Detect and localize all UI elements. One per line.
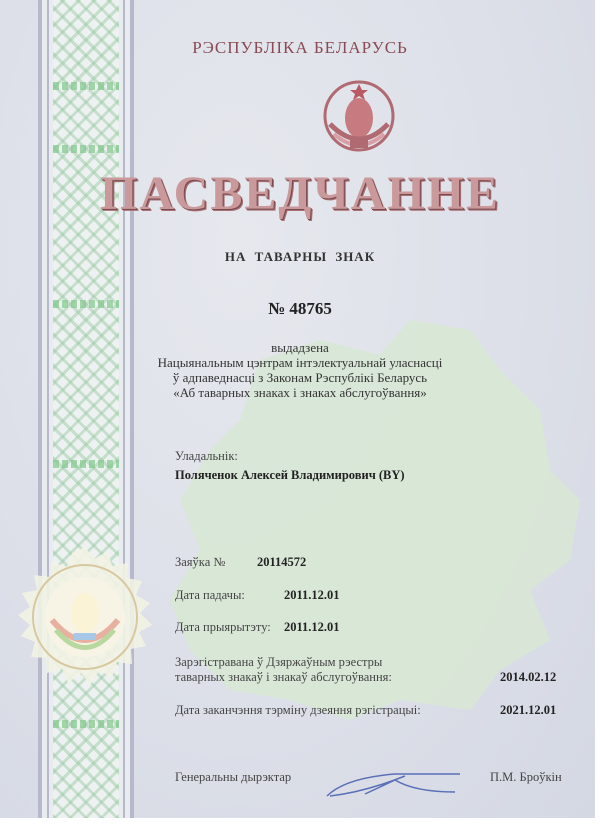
certificate-title: ПАСВЕДЧАННЕ bbox=[0, 166, 595, 221]
priority-date-label: Дата прыярытэту: bbox=[175, 620, 271, 635]
certificate-subtitle: НА ТАВАРНЫ ЗНАК bbox=[0, 249, 595, 265]
signature-icon bbox=[325, 770, 465, 800]
filing-date-value: 2011.12.01 bbox=[284, 588, 340, 603]
certificate-number: № 48765 bbox=[0, 299, 595, 319]
signatory-position: Генеральны дырэктар bbox=[175, 770, 291, 785]
application-label: Заяўка № bbox=[175, 555, 225, 570]
registered-label-1: Зарэгістравана ў Дзяржаўным рэестры bbox=[175, 655, 382, 670]
registered-label-2: таварных знакаў і знакаў абслугоўвання: bbox=[175, 670, 392, 685]
issued-by-line-1: выдадзена bbox=[0, 340, 595, 355]
country-name: РЭСПУБЛІКА БЕЛАРУСЬ bbox=[0, 38, 595, 58]
issued-by-line-2: Нацыянальным цэнтрам інтэлектуальнай ула… bbox=[0, 355, 595, 370]
certificate-page: РЭСПУБЛІКА БЕЛАРУСЬ ПАСВЕДЧАННЕ НА ТАВАР… bbox=[0, 0, 595, 818]
application-value: 20114572 bbox=[257, 555, 306, 570]
issued-by-line-4: «Аб таварных знаках і знаках абслугоўван… bbox=[0, 385, 595, 400]
priority-date-value: 2011.12.01 bbox=[284, 620, 340, 635]
issued-by-line-3: ў адпаведнасці з Законам Рэспублікі Бела… bbox=[0, 370, 595, 385]
expiry-date-label: Дата заканчэння тэрміну дзеяння рэгістра… bbox=[175, 703, 421, 718]
expiry-date-value: 2021.12.01 bbox=[500, 703, 556, 718]
owner-label: Уладальнік: bbox=[175, 449, 238, 464]
coat-of-arms-icon bbox=[322, 74, 396, 154]
filing-date-label: Дата падачы: bbox=[175, 588, 245, 603]
registered-date-value: 2014.02.12 bbox=[500, 670, 556, 685]
ornamental-border-strip bbox=[38, 0, 134, 818]
hologram-seal-icon bbox=[10, 545, 160, 695]
owner-value: Поляченок Алексей Владимирович (BY) bbox=[175, 468, 405, 483]
signatory-name: П.М. Броўкін bbox=[490, 770, 562, 785]
